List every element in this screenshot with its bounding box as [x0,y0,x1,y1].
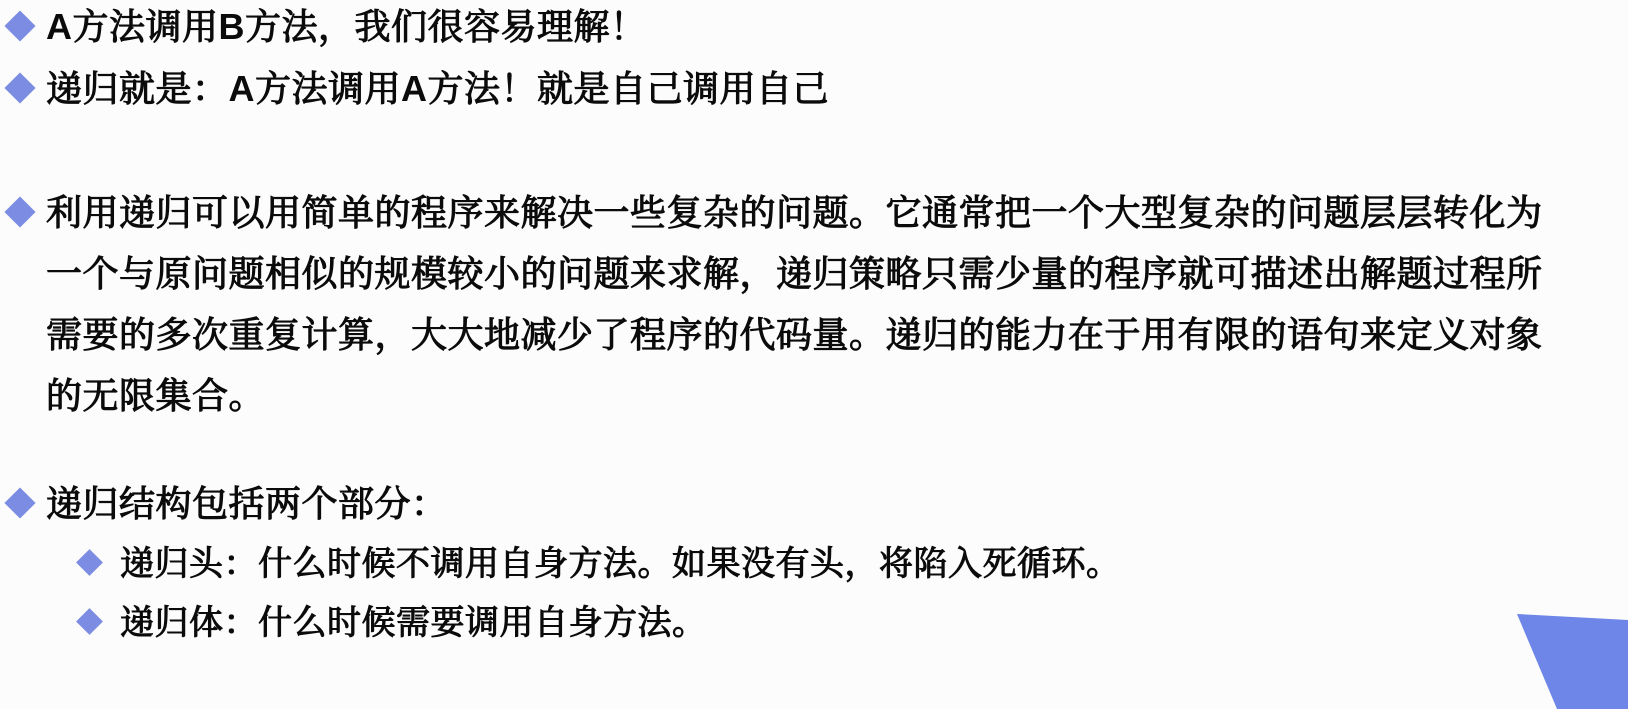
sub-bullet-text: 递归头：什么时候不调用自身方法。如果没有头，将陷入死循环。 [120,544,1121,584]
bullet-text: A方法调用B方法，我们很容易理解！ [46,6,647,48]
diamond-bullet-icon [4,72,35,103]
bullet-item-3: 利用递归可以用简单的程序来解决一些复杂的问题。它通常把一个大型复杂的问题层层转化… [9,182,1546,426]
bullet-text: 递归就是：A方法调用A方法！就是自己调用自己 [46,68,829,110]
bullet-text: 递归结构包括两个部分： [46,483,448,525]
diamond-bullet-icon [76,608,103,635]
paragraph-line: 的无限集合。 [46,365,1546,426]
corner-accent-polygon [1517,614,1628,709]
bullet-item-1: A方法调用B方法，我们很容易理解！ [9,6,647,48]
diamond-bullet-icon [76,549,103,576]
sub-bullet-item-2: 递归体：什么时候需要调用自身方法。 [80,603,707,643]
diamond-bullet-icon [4,196,35,227]
paragraph-line: 需要的多次重复计算，大大地减少了程序的代码量。递归的能力在于用有限的语句来定义对… [46,304,1546,365]
sub-bullet-item-1: 递归头：什么时候不调用自身方法。如果没有头，将陷入死循环。 [80,544,1121,584]
diamond-bullet-icon [4,10,35,41]
paragraph-line: 利用递归可以用简单的程序来解决一些复杂的问题。它通常把一个大型复杂的问题层层转化… [46,182,1546,243]
corner-accent-shape [1500,600,1628,709]
sub-bullet-text: 递归体：什么时候需要调用自身方法。 [120,603,707,643]
diamond-bullet-icon [4,487,35,518]
paragraph-line: 一个与原问题相似的规模较小的问题来求解，递归策略只需少量的程序就可描述出解题过程… [46,243,1546,304]
bullet-item-2: 递归就是：A方法调用A方法！就是自己调用自己 [9,68,829,110]
bullet-item-4: 递归结构包括两个部分： [9,483,448,525]
bullet-paragraph: 利用递归可以用简单的程序来解决一些复杂的问题。它通常把一个大型复杂的问题层层转化… [46,182,1546,426]
slide-canvas: A方法调用B方法，我们很容易理解！ 递归就是：A方法调用A方法！就是自己调用自己… [0,0,1628,709]
